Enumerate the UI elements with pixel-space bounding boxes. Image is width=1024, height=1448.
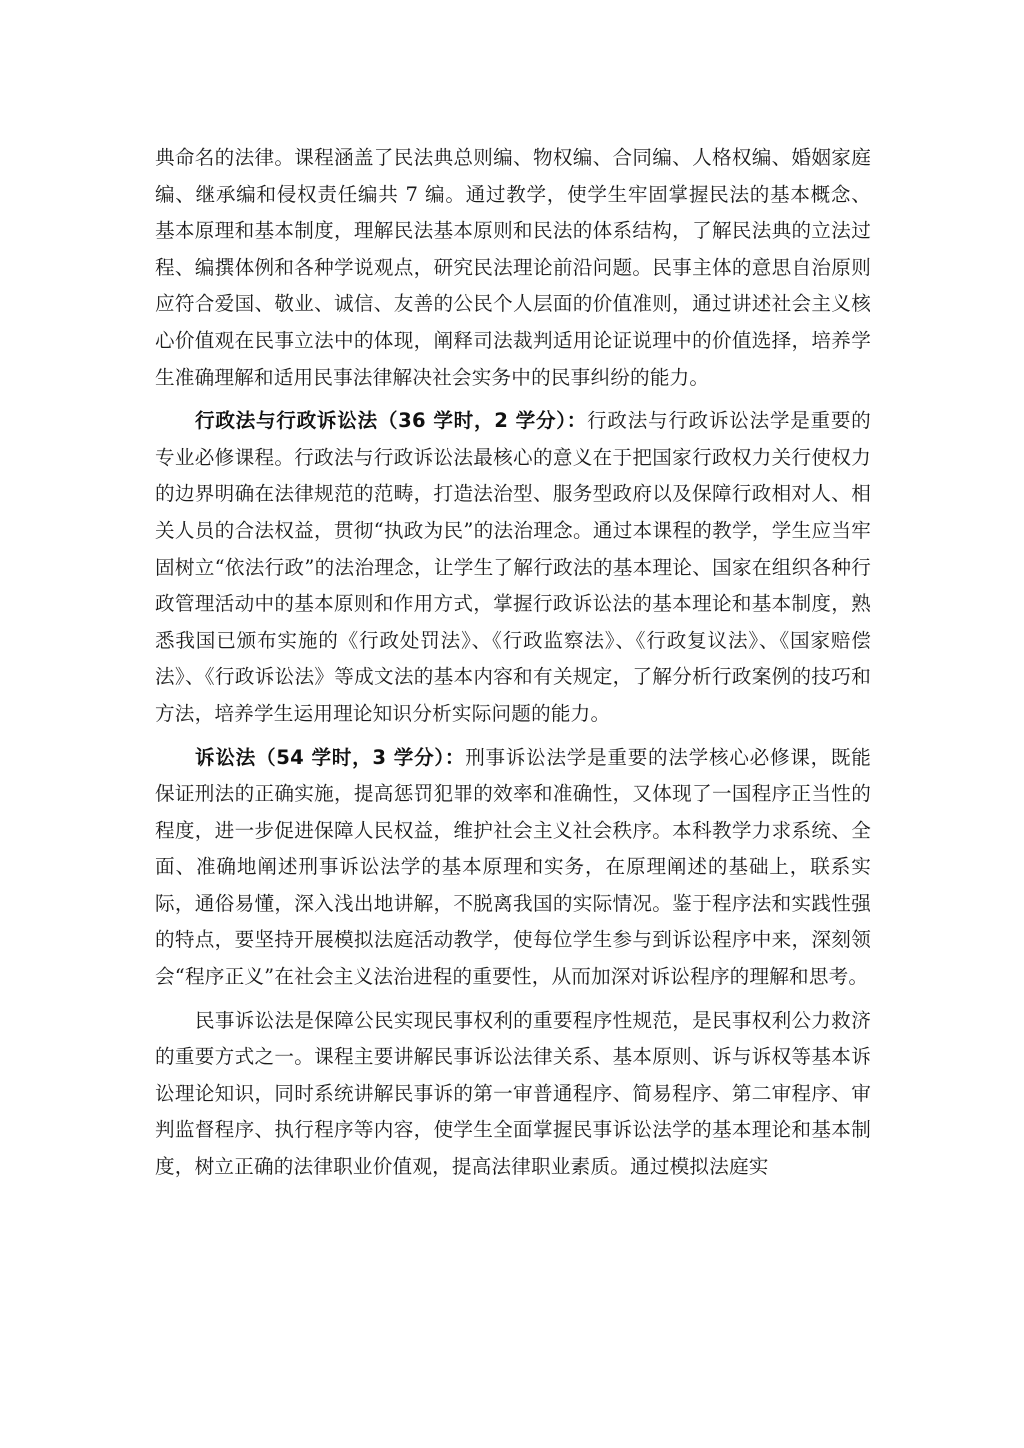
paragraph-administrative-law: 行政法与行政诉讼法（36 学时，2 学分）：行政法与行政诉讼法学是重要的专业必修… [155, 403, 871, 732]
paragraph-civil-procedure-law: 民事诉讼法是保障公民实现民事权利的重要程序性规范，是民事权利公力救济的重要方式之… [155, 1003, 871, 1186]
paragraph-civil-law: 典命名的法律。课程涵盖了民法典总则编、物权编、合同编、人格权编、婚姻家庭编、继承… [155, 140, 871, 396]
course-heading-administrative-law: 行政法与行政诉讼法（36 学时，2 学分）： [195, 409, 587, 432]
paragraph-procedure-law: 诉讼法（54 学时，3 学分）：刑事诉讼法学是重要的法学核心必修课，既能保证刑法… [155, 740, 871, 996]
document-page: 典命名的法律。课程涵盖了民法典总则编、物权编、合同编、人格权编、婚姻家庭编、继承… [155, 140, 871, 1193]
paragraph-text: 行政法与行政诉讼法学是重要的专业必修课程。行政法与行政诉讼法最核心的意义在于把国… [155, 409, 871, 725]
paragraph-text: 民事诉讼法是保障公民实现民事权利的重要程序性规范，是民事权利公力救济的重要方式之… [155, 1009, 871, 1178]
paragraph-text: 刑事诉讼法学是重要的法学核心必修课，既能保证刑法的正确实施，提高惩罚犯罪的效率和… [155, 746, 871, 989]
course-heading-procedure-law: 诉讼法（54 学时，3 学分）： [195, 746, 465, 769]
paragraph-text: 典命名的法律。课程涵盖了民法典总则编、物权编、合同编、人格权编、婚姻家庭编、继承… [155, 146, 871, 389]
